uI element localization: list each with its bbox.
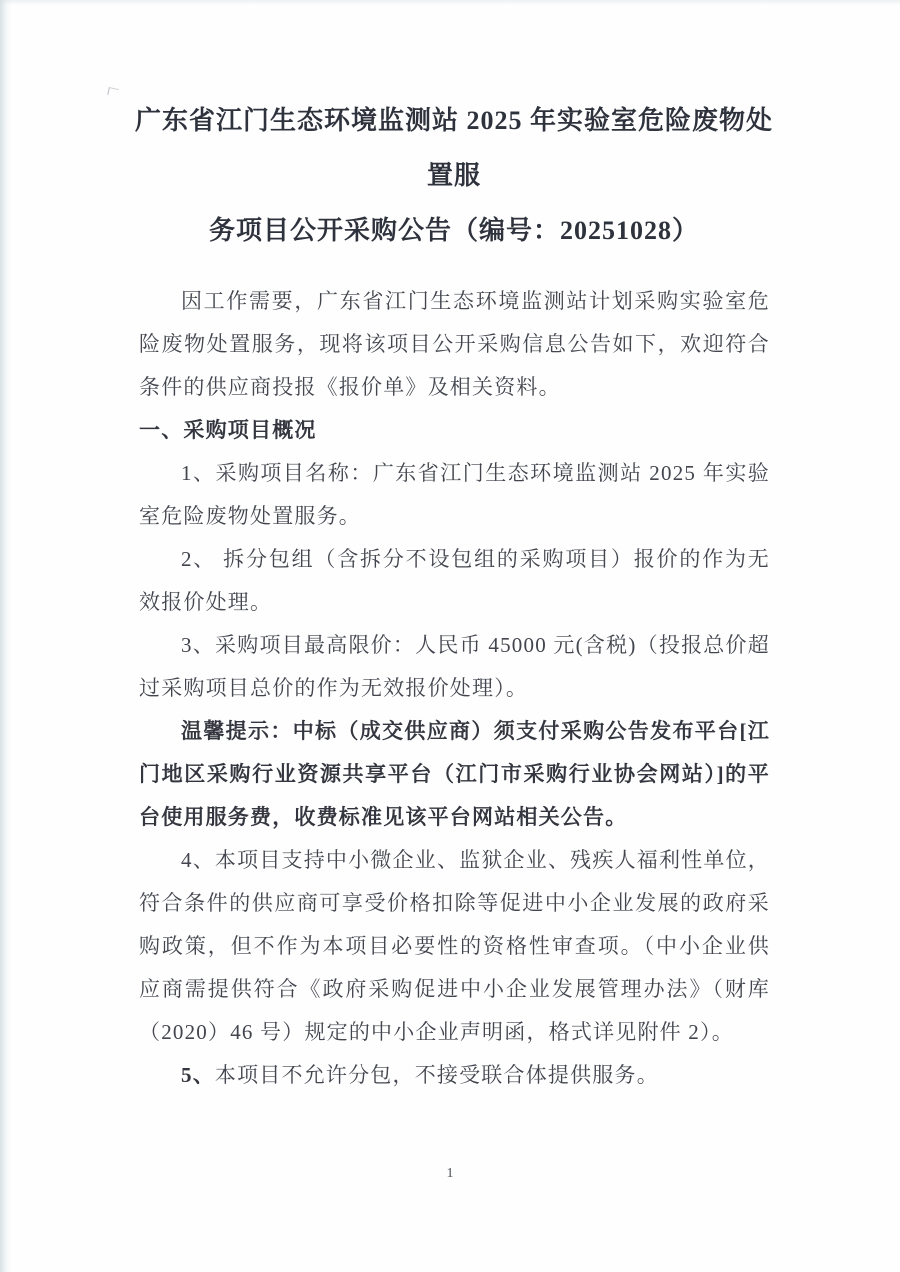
notice-paragraph: 温馨提示：中标（成交供应商）须支付采购公告发布平台[江门地区采购行业资源共享平台…: [139, 710, 770, 839]
document-body: 因工作需要，广东省江门生态环境监测站计划采购实验室危险废物处置服务，现将该项目公…: [0, 280, 900, 1097]
section1-item-3: 3、采购项目最高限价：人民币 45000 元(含税)（投报总价超过采购项目总价的…: [139, 624, 770, 710]
document-page: 广东省江门生态环境监测站 2025 年实验室危险废物处置服 务项目公开采购公告（…: [0, 0, 900, 1272]
section1-item-2: 2、 拆分包组（含拆分不设包组的采购项目）报价的作为无效报价处理。: [139, 538, 770, 624]
item-5-number: 5、: [181, 1063, 215, 1087]
scan-artifact: [107, 87, 118, 97]
item-5-text: 本项目不允许分包，不接受联合体提供服务。: [215, 1063, 659, 1087]
scan-edge-top: [0, 0, 900, 5]
intro-paragraph: 因工作需要，广东省江门生态环境监测站计划采购实验室危险废物处置服务，现将该项目公…: [139, 280, 770, 409]
page-title-line-1: 广东省江门生态环境监测站 2025 年实验室危险废物处置服: [126, 93, 782, 203]
page-title: 广东省江门生态环境监测站 2025 年实验室危险废物处置服 务项目公开采购公告（…: [126, 93, 782, 258]
section1-item-4: 4、本项目支持中小微企业、监狱企业、残疾人福利性单位，符合条件的供应商可享受价格…: [139, 839, 770, 1054]
page-title-line-2: 务项目公开采购公告（编号：20251028）: [126, 203, 782, 258]
section1-item-1: 1、采购项目名称：广东省江门生态环境监测站 2025 年实验室危险废物处置服务。: [139, 452, 770, 538]
section1-heading: 一、采购项目概况: [139, 409, 770, 452]
page-number: 1: [0, 1166, 900, 1182]
section1-item-5: 5、本项目不允许分包，不接受联合体提供服务。: [139, 1054, 770, 1097]
